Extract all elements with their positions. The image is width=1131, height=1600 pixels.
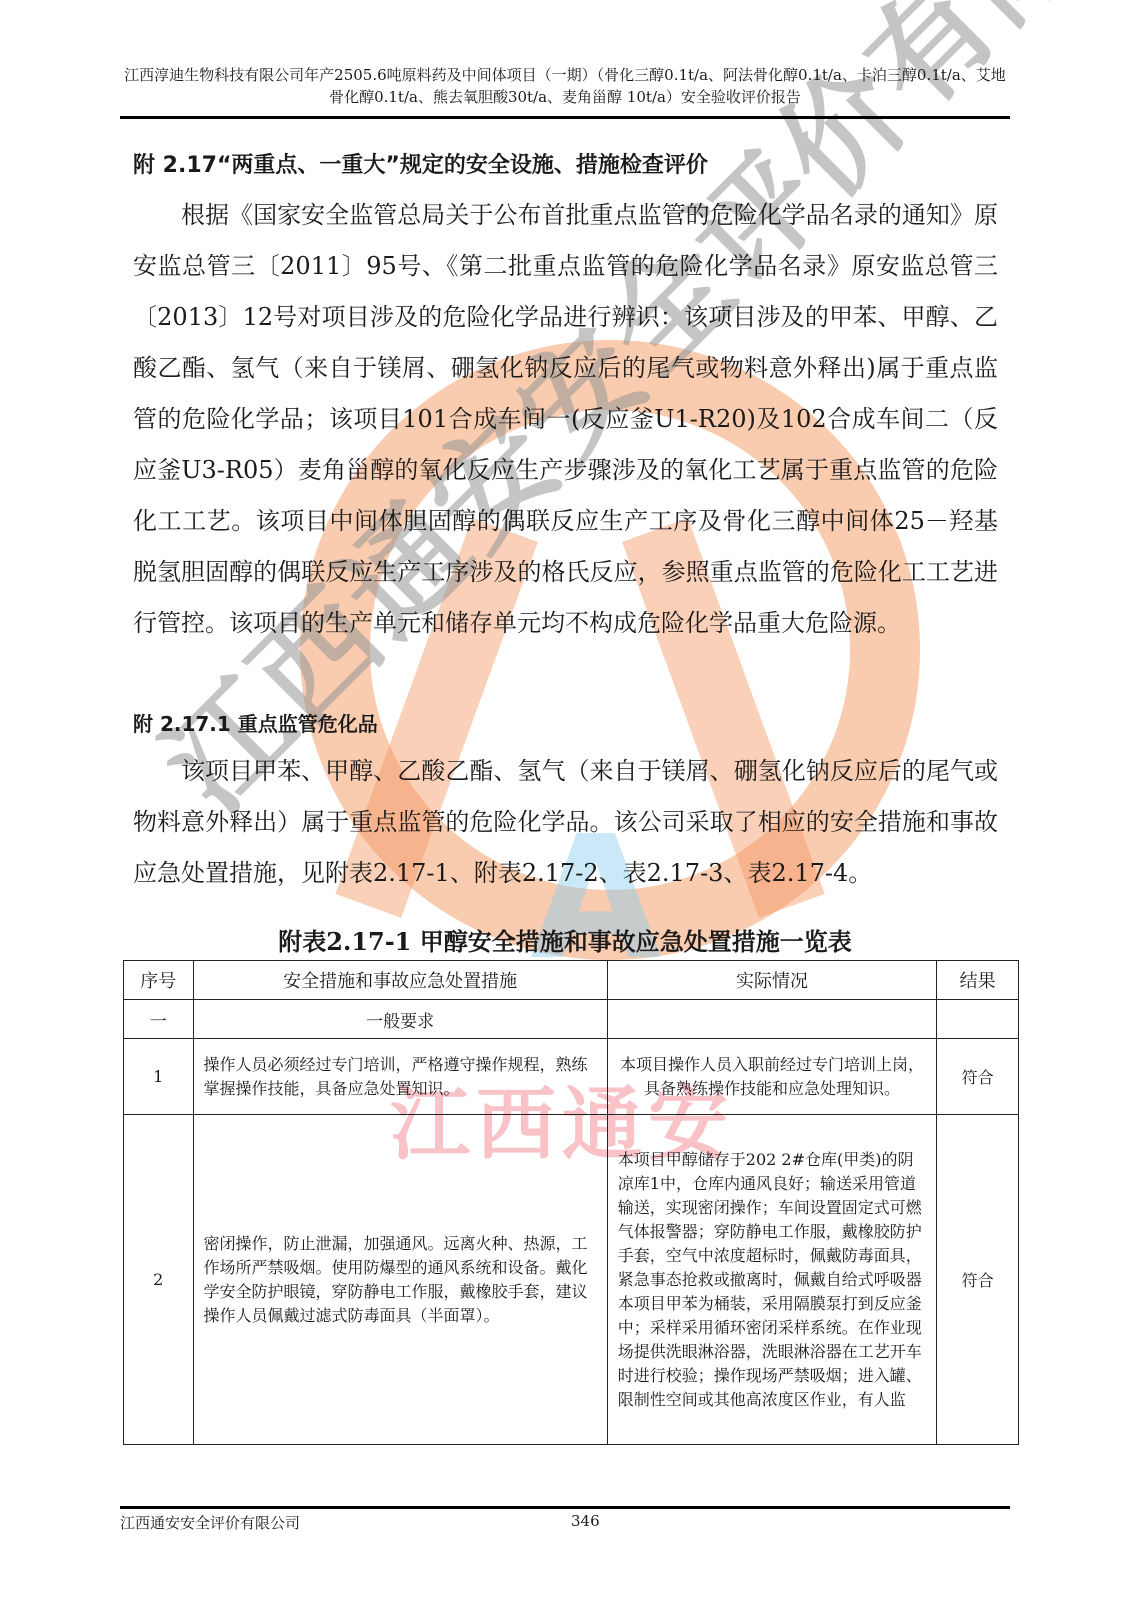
row-actual: 本项目操作人员入职前经过专门培训上岗，具备熟练操作技能和应急处理知识。 [607,1039,937,1115]
section-empty-actual [607,1000,937,1039]
row-result: 符合 [937,1115,1019,1445]
row-no: 1 [124,1039,194,1115]
footer-rule [120,1506,1010,1509]
document-page: 江西淳迪生物科技有限公司年产2505.6吨原料药及中间体项目（一期）（骨化三醇0… [0,0,1131,1600]
row-actual: 本项目甲醇储存于202 2#仓库(甲类)的阴凉库1中，仓库内通风良好；输送采用管… [607,1115,937,1445]
subsection-paragraph: 该项目甲苯、甲醇、乙酸乙酯、氢气（来自于镁屑、硼氢化钠反应后的尾气或物料意外释出… [133,746,998,899]
table-section-row: 一 一般要求 [124,1000,1019,1039]
subsection-heading: 附 2.17.1 重点监管危化品 [133,708,378,737]
header-actual: 实际情况 [607,961,937,1000]
section-label: 一般要求 [193,1000,607,1039]
header-no: 序号 [124,961,194,1000]
header-measure: 安全措施和事故应急处置措施 [193,961,607,1000]
page-header: 江西淳迪生物科技有限公司年产2505.6吨原料药及中间体项目（一期）（骨化三醇0… [120,64,1010,108]
table-row: 1 操作人员必须经过专门培训，严格遵守操作规程，熟练掌握操作技能，具备应急处置知… [124,1039,1019,1115]
section-empty-result [937,1000,1019,1039]
row-no: 2 [124,1115,194,1445]
section-heading: 附 2.17“两重点、一重大”规定的安全设施、措施检查评价 [133,148,708,179]
table-title: 附表2.17-1 甲醇安全措施和事故应急处置措施一览表 [120,922,1010,957]
header-result: 结果 [937,961,1019,1000]
section-paragraph: 根据《国家安全监管总局关于公布首批重点监管的危险化学品名录的通知》原安监总管三〔… [133,190,998,649]
row-measure: 操作人员必须经过专门培训，严格遵守操作规程，熟练掌握操作技能，具备应急处置知识。 [193,1039,607,1115]
measures-table: 序号 安全措施和事故应急处置措施 实际情况 结果 一 一般要求 1 操作人员必须… [123,960,1019,1445]
row-result: 符合 [937,1039,1019,1115]
footer-company: 江西通安安全评价有限公司 [120,1512,300,1533]
table-row: 2 密闭操作，防止泄漏，加强通风。远离火种、热源，工作场所严禁吸烟。使用防爆型的… [124,1115,1019,1445]
header-rule [120,116,1010,119]
table-header-row: 序号 安全措施和事故应急处置措施 实际情况 结果 [124,961,1019,1000]
row-measure: 密闭操作，防止泄漏，加强通风。远离火种、热源，工作场所严禁吸烟。使用防爆型的通风… [193,1115,607,1445]
section-no: 一 [124,1000,194,1039]
page-number: 346 [571,1512,600,1530]
